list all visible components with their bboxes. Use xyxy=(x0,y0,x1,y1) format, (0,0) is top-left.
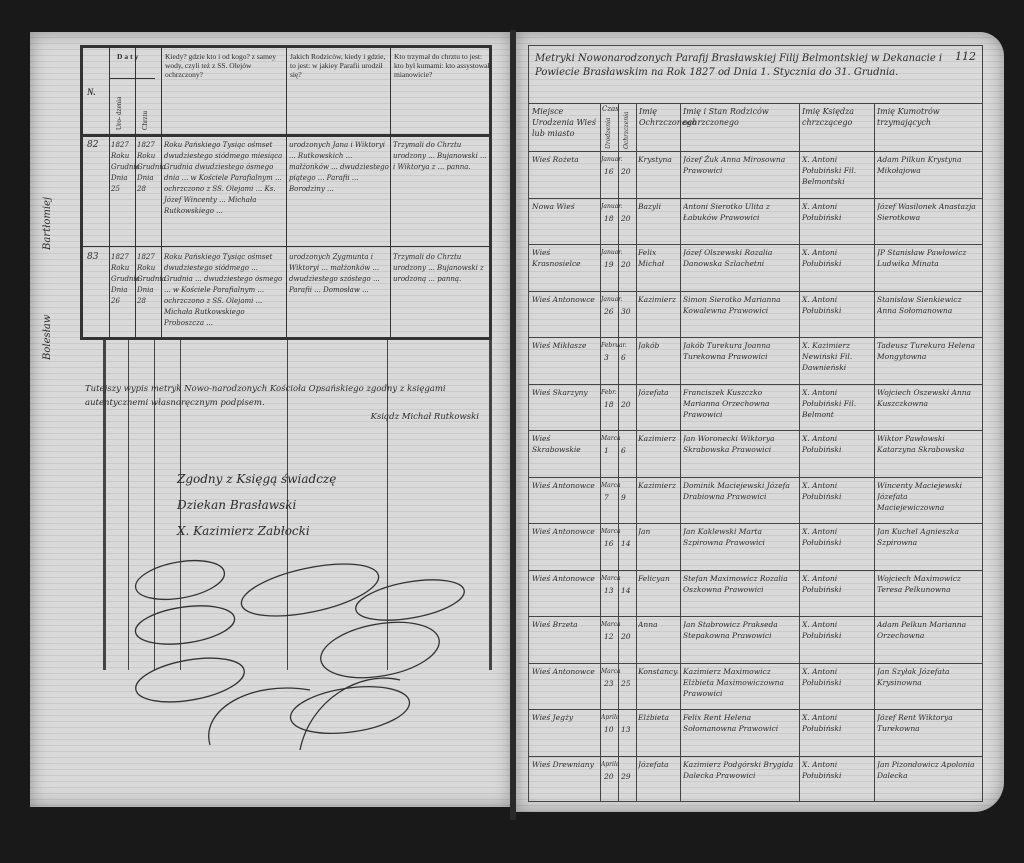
row-divider xyxy=(529,337,982,338)
cell-priest: X. Kazimierz Newiński Fil. Dawnieński xyxy=(802,340,872,382)
col-divider xyxy=(109,48,110,337)
header-parents: Jakich Rodziców, kiedy i gdzie, to jest:… xyxy=(290,52,388,79)
col-divider xyxy=(161,48,162,337)
entry-number: 83 xyxy=(87,252,98,263)
cell-godparents: Wiktor Pawłowski Katarzyna Skrabowska xyxy=(877,433,977,475)
header-baptism: Ochrzczenia xyxy=(621,115,632,149)
row-divider xyxy=(529,291,982,292)
closing-note-text: Tutejszy wypis metryk Nowo-narodzonych K… xyxy=(85,384,446,408)
row-divider xyxy=(529,430,982,431)
cell-priest: X. Antoni Połubiński Fil. Belmontski xyxy=(802,154,872,196)
cell-child-name: Felix Michał xyxy=(638,247,678,289)
row-divider xyxy=(529,198,982,199)
entry-baptism-date: 1827 Roku Grudnia Dnia 28 xyxy=(137,140,161,195)
cell-priest: X. Antoni Połubiński xyxy=(802,712,872,754)
cell-place: Wieś Antonowce xyxy=(532,666,598,708)
header-bottom-rule xyxy=(83,134,489,137)
cell-godparents: Jan Kuchel Agnieszka Szpirowna xyxy=(877,526,977,568)
cell-godparents: Jan Szyłak Józefata Krysinowna xyxy=(877,666,977,708)
cell-child-name: Kazimierz xyxy=(638,433,678,475)
col-line xyxy=(489,340,492,670)
header-godparents: Kto trzymał do chrztu to jest: kto był k… xyxy=(394,52,490,79)
margin-name: Bartłomiej xyxy=(42,140,53,250)
cell-child-name: Konstancya xyxy=(638,666,678,708)
cell-child-name: Jakób xyxy=(638,340,678,382)
header-when-where: Kiedy? gdzie kto i od kogo? z samey wody… xyxy=(165,52,283,79)
cell-parents: Jan Woronecki Wiktorya Skrabowska Prawow… xyxy=(683,433,797,475)
col-divider xyxy=(636,103,637,801)
col-divider xyxy=(874,103,875,801)
cell-birth-day: 20 xyxy=(604,771,618,813)
cell-place: Wieś Brzeta xyxy=(532,619,598,661)
cell-parents: Franciszek Kuszczko Marianna Orzechowna … xyxy=(683,387,797,429)
cell-priest: X. Antoni Połubiński xyxy=(802,666,872,708)
right-register-table: Metryki Nowonarodzonych Parafij Brasławs… xyxy=(528,45,983,802)
cell-godparents: Adam Pelkun Marianna Orzechowna xyxy=(877,619,977,661)
cell-godparents: Stanisław Sienkiewicz Anna Sołomanowna xyxy=(877,294,977,336)
cell-godparents: JP Stanisław Pawłowicz Ludwika Minata xyxy=(877,247,977,289)
cell-priest: X. Antoni Połubiński Fil. Belmont xyxy=(802,387,872,429)
header-place: Miejsce Urodzenia Wieś lub miasto xyxy=(532,106,598,139)
row-divider xyxy=(529,523,982,524)
cell-godparents: Jan Pizondowicz Apolonia Dalecka xyxy=(877,759,977,801)
cell-child-name: Józefata xyxy=(638,759,678,801)
header-parents: Imię i Stan Rodziców ochrzczonego xyxy=(683,106,797,128)
cell-priest: X. Antoni Połubiński xyxy=(802,201,872,243)
left-register-table: N. Daty Uro- dzenia Chrztu Kiedy? gdzie … xyxy=(80,45,492,340)
cell-priest: X. Antoni Połubiński xyxy=(802,526,872,568)
cell-godparents: Adam Pilkun Krystyna Mikołajowa xyxy=(877,154,977,196)
cell-child-name: Felicyan xyxy=(638,573,678,615)
cell-parents: Antoni Sierotko Ulita z Łabuków Prawowic… xyxy=(683,201,797,243)
cell-place: Wieś Jegży xyxy=(532,712,598,754)
cell-parents: Józef Olszewski Rozalia Danowska Szlache… xyxy=(683,247,797,289)
cell-priest: X. Antoni Połubiński xyxy=(802,480,872,522)
header-time: Czas xyxy=(602,104,619,115)
row-divider xyxy=(529,384,982,385)
cell-place: Wieś Krasnosielce xyxy=(532,247,598,289)
cell-place: Wieś Antonowce xyxy=(532,294,598,336)
cell-godparents: Wincenty Maciejewski Józefata Maciejewic… xyxy=(877,480,977,522)
col-divider xyxy=(680,103,681,801)
row-divider xyxy=(529,244,982,245)
dates-subdivider xyxy=(109,78,155,79)
cell-place: Wieś Skrabowskie xyxy=(532,433,598,475)
header-birth: Uro- dzenia xyxy=(115,82,124,130)
cell-child-name: Anna xyxy=(638,619,678,661)
cell-priest: X. Antoni Połubiński xyxy=(802,247,872,289)
entry-when-where: Roku Pańskiego Tysiąc ośmset dwudziesteg… xyxy=(164,252,284,338)
col-divider xyxy=(286,48,287,337)
cell-godparents: Wojciech Maximowicz Teresa Pelkunowna xyxy=(877,573,977,615)
cell-child-name: Elżbieta xyxy=(638,712,678,754)
entry-number: 82 xyxy=(87,140,98,151)
cell-place: Wieś Antonowce xyxy=(532,573,598,615)
cell-parents: Jan Kaklewski Marta Szpirowna Prawowici xyxy=(683,526,797,568)
row-divider xyxy=(529,756,982,757)
register-grid: Miejsce Urodzenia Wieś lub miasto Czas U… xyxy=(529,103,982,801)
cell-child-name: Józefata xyxy=(638,387,678,429)
cell-place: Wieś Drewniany xyxy=(532,759,598,801)
cell-child-name: Kazimierz xyxy=(638,294,678,336)
row-divider xyxy=(529,477,982,478)
header-birth: Urodzenia xyxy=(603,115,614,149)
cell-godparents: Wojciech Oszewski Anna Kuszczkowna xyxy=(877,387,977,429)
certification-line: X. Kazimierz Zabłocki xyxy=(177,518,397,544)
cell-place: Wieś Rożeta xyxy=(532,154,598,196)
header-number: N. xyxy=(87,88,96,97)
cell-place: Wieś Skarzyny xyxy=(532,387,598,429)
cell-priest: X. Antoni Połubiński xyxy=(802,619,872,661)
cell-parents: Kazimierz Podgórski Brygida Dalecka Praw… xyxy=(683,759,797,801)
cell-child-name: Krystyna xyxy=(638,154,678,196)
row-divider xyxy=(83,246,489,247)
header-dates: Daty xyxy=(117,52,140,61)
entry-godparents: Trzymali do Chrztu urodzony ... Bujanows… xyxy=(393,252,489,338)
cell-place: Wieś Mikłasze xyxy=(532,340,598,382)
cell-place: Nowa Wieś xyxy=(532,201,598,243)
cell-godparents: Tadeusz Turekura Helena Mongytowna xyxy=(877,340,977,382)
cell-priest: X. Antoni Połubiński xyxy=(802,573,872,615)
certification: Zgodny z Księgą świadczę Dziekan Brasław… xyxy=(177,466,397,544)
row-divider xyxy=(529,103,982,104)
ink-flourish xyxy=(110,550,470,750)
header-child-name: Imię Ochrzczonego xyxy=(639,106,679,128)
cell-parents: Stefan Maximowicz Rozalia Oszkowna Prawo… xyxy=(683,573,797,615)
certification-line: Zgodny z Księgą świadczę xyxy=(177,466,397,492)
cell-parents: Dominik Maciejewski Józefa Drabiowna Pra… xyxy=(683,480,797,522)
cell-priest: X. Antoni Połubiński xyxy=(802,294,872,336)
cell-place: Wieś Antonowce xyxy=(532,526,598,568)
margin-name: Bolesław xyxy=(42,260,53,360)
closing-note: Tutejszy wypis metryk Nowo-narodzonych K… xyxy=(85,382,485,424)
row-divider xyxy=(529,151,982,152)
entry-baptism-date: 1827 Roku Grudnia Dnia 28 xyxy=(137,252,161,307)
cell-parents: Kazimierz Maximowicz Elżbieta Maximowicz… xyxy=(683,666,797,708)
col-divider xyxy=(799,103,800,801)
certification-line: Dziekan Brasławski xyxy=(177,492,397,518)
cell-parents: Felix Rent Helena Sołomanowna Prawowici xyxy=(683,712,797,754)
cell-child-name: Jan xyxy=(638,526,678,568)
cell-place: Wieś Antonowce xyxy=(532,480,598,522)
row-divider xyxy=(529,663,982,664)
cell-parents: Simon Sierotko Marianna Kowalewna Prawow… xyxy=(683,294,797,336)
header-godparents: Imię Kumotrów trzymających xyxy=(877,106,977,128)
cell-priest: X. Antoni Połubiński xyxy=(802,759,872,801)
register-title: Metryki Nowonarodzonych Parafij Brasławs… xyxy=(535,52,955,80)
entry-parents: urodzonych Jana i Wiktoryi ... Rutkowski… xyxy=(289,140,389,244)
entry-birth-date: 1827 Roku Grudnia Dnia 26 xyxy=(111,252,135,307)
cell-parents: Jakób Turekura Joanna Turekowna Prawowic… xyxy=(683,340,797,382)
header-baptism: Chrztu xyxy=(141,82,150,130)
entry-when-where: Roku Pańskiego Tysiąc ośmset dwudziesteg… xyxy=(164,140,284,244)
cell-priest: X. Antoni Połubiński xyxy=(802,433,872,475)
page-number: 112 xyxy=(955,50,976,63)
row-divider xyxy=(529,709,982,710)
cell-parents: Józef Żuk Anna Mirosowna Prawowici xyxy=(683,154,797,196)
row-divider xyxy=(529,570,982,571)
entry-birth-date: 1827 Roku Grudnia Dnia 25 xyxy=(111,140,135,195)
cell-godparents: Józef Wasilonek Anastazja Sierotkowa xyxy=(877,201,977,243)
cell-child-name: Kazimierz xyxy=(638,480,678,522)
cell-godparents: Józef Rent Wiktorya Turekowna xyxy=(877,712,977,754)
row-divider xyxy=(529,616,982,617)
cell-parents: Jan Stabrowicz Prakseda Stepakowna Prawo… xyxy=(683,619,797,661)
col-divider xyxy=(390,48,391,337)
cell-baptism-day: 29 xyxy=(621,771,635,813)
signature: Ksiądz Michał Rutkowski xyxy=(85,410,479,424)
entry-parents: urodzonych Zygmunta i Wiktoryi ... małżo… xyxy=(289,252,389,338)
entry-godparents: Trzymali do Chrztu urodzony ... Bujanows… xyxy=(393,140,489,244)
header-priest: Imię Księdza chrzczącego xyxy=(802,106,872,128)
col-divider xyxy=(135,48,136,337)
cell-child-name: Bazyli xyxy=(638,201,678,243)
